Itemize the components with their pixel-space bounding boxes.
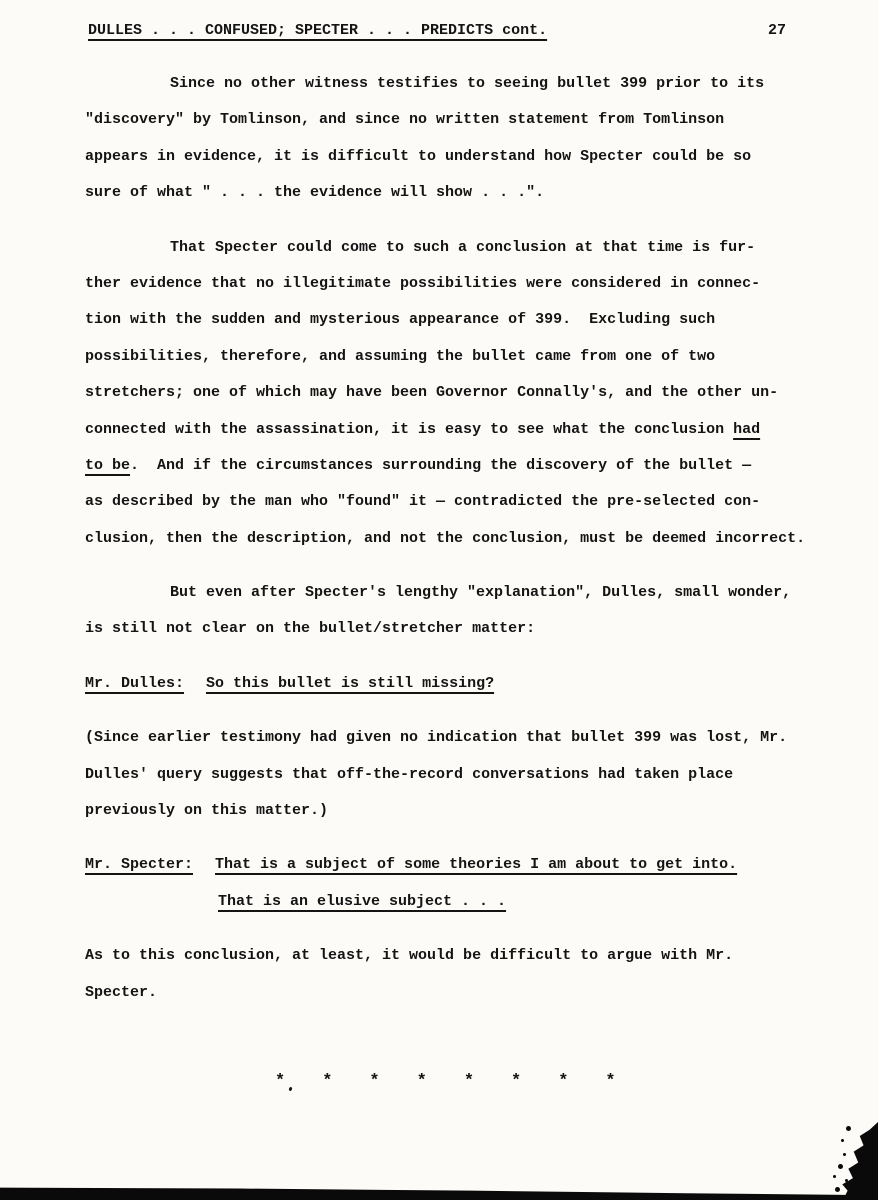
text-line: appears in evidence, it is difficult to … [85,139,825,175]
text-line: sure of what " . . . the evidence will s… [85,175,825,211]
paragraph-1: Since no other witness testifies to seei… [85,66,825,212]
text-line: possibilities, therefore, and assuming t… [85,339,825,375]
text-line: is still not clear on the bullet/stretch… [85,611,825,647]
paragraph-4: (Since earlier testimony had given no in… [85,720,825,829]
asterisk: * [511,1072,521,1092]
speaker-label: Mr. Dulles: [85,675,184,692]
ink-speck [288,1087,292,1092]
text-line: Specter. [85,975,825,1011]
text-line: But even after Specter's lengthy "explan… [85,575,825,611]
paragraph-5: As to this conclusion, at least, it woul… [85,938,825,1011]
text-line: clusion, then the description, and not t… [85,521,825,557]
asterisk: * [417,1072,427,1092]
quote-dulles: Mr. Dulles:So this bullet is still missi… [85,666,825,702]
text-line: That Specter could come to such a conclu… [85,230,825,266]
text-line: "discovery" by Tomlinson, and since no w… [85,102,825,138]
text-line: to be. And if the circumstances surround… [85,448,825,484]
document-page: DULLES . . . CONFUSED; SPECTER . . . PRE… [0,0,878,1200]
asterisk: * [275,1072,285,1092]
asterisk: * [464,1072,474,1092]
quote-text: So this bullet is still missing? [206,675,494,692]
underlined-word: to be [85,457,130,474]
asterisk: * [558,1072,568,1092]
page-header-title: DULLES . . . CONFUSED; SPECTER . . . PRE… [88,22,547,39]
quote-specter: Mr. Specter:That is a subject of some th… [85,847,825,920]
text-line: stretchers; one of which may have been G… [85,375,825,411]
document-body: Since no other witness testifies to seei… [85,66,825,1092]
text-line: tion with the sudden and mysterious appe… [85,302,825,338]
quote-text: That is an elusive subject . . . [218,893,506,910]
text-line: previously on this matter.) [85,793,825,829]
asterisk: * [369,1072,379,1092]
text-segment: connected with the assassination, it is … [85,421,733,438]
asterisk-separator: * * * * * * * * [275,1072,825,1092]
text-line: connected with the assassination, it is … [85,412,825,448]
paragraph-2: That Specter could come to such a conclu… [85,230,825,558]
text-line: Since no other witness testifies to seei… [85,66,825,102]
text-line: as described by the man who "found" it —… [85,484,825,520]
text-segment: . And if the circumstances surrounding t… [130,457,751,474]
text-line: ther evidence that no illegitimate possi… [85,266,825,302]
page-number: 27 [768,22,786,39]
asterisk: * [322,1072,332,1092]
scan-artifact-speckles [845,1179,848,1182]
scan-artifact-bottom-bar [0,1187,857,1200]
text-line: As to this conclusion, at least, it woul… [85,938,825,974]
speaker-label: Mr. Specter: [85,856,193,873]
text-line: Dulles' query suggests that off-the-reco… [85,757,825,793]
quote-text: That is a subject of some theories I am … [215,856,737,873]
text-line: That is an elusive subject . . . [218,884,825,920]
text-line: Mr. Dulles:So this bullet is still missi… [85,666,825,702]
paragraph-3: But even after Specter's lengthy "explan… [85,575,825,648]
underlined-word: had [733,421,760,438]
scan-artifact-corner-blob [840,1122,878,1200]
asterisk: * [605,1072,615,1092]
text-line: (Since earlier testimony had given no in… [85,720,825,756]
text-line: Mr. Specter:That is a subject of some th… [85,847,825,883]
